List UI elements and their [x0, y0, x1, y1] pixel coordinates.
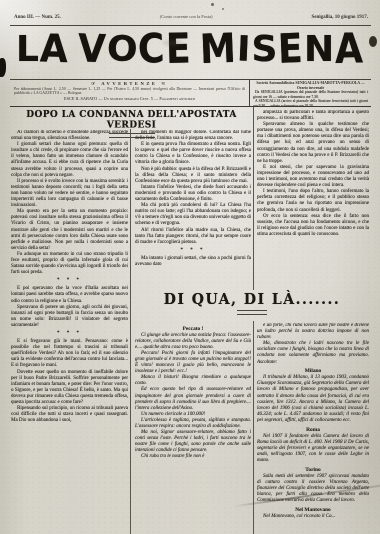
paragraph: Non è più dubbio: questa è la difesa del… — [135, 167, 251, 185]
paragraph: Fu adunque un momento in cui uno strano … — [11, 252, 128, 276]
column-1: Ai clamori di scherno e d'insolente alle… — [11, 130, 128, 534]
avvertenze-box: ☞ AVVERTENZE ☜ Per abbonamenti (Anno L. … — [10, 80, 250, 106]
paragraph: Ma questo era per la setta un momento pr… — [11, 209, 128, 252]
notice-row: ☞ AVVERTENZE ☜ Per abbonamenti (Anno L. … — [10, 79, 371, 107]
subheading: Roma — [257, 427, 369, 433]
ink-blob-left-edge — [0, 58, 6, 77]
paragraph: Ma intanto i giornali settari, che sino … — [135, 256, 251, 268]
postal-note: (Conto corrente con la Posta) — [160, 14, 213, 19]
masthead-letter: E — [277, 23, 305, 77]
paragraph: Intanto l'infelice Verdesi, che diede fu… — [135, 185, 251, 203]
paragraph: Il tribunale di Milano, il 13 agosto 190… — [257, 375, 369, 424]
paragraph: I testimoni, l'uno dopo l'altro, hanno c… — [257, 189, 369, 213]
paragraph: Ma noi, Signor assessore-relatore, abbia… — [135, 430, 251, 454]
societa-schedule: Da SENIGALLIA (partenza dal piazzale del… — [253, 90, 368, 106]
newspaper-page: Anno III. — Num. 25. (Conto corrente con… — [0, 0, 380, 534]
paragraph: Ah! ritorni l'infelice alla madre sua, l… — [135, 228, 251, 246]
masthead-letter: M — [199, 22, 238, 76]
paragraph: L'articolessa è tagliata, pesata, sigill… — [135, 418, 251, 430]
paragraph: Chi ruba tra le nostre file non è — [135, 454, 251, 460]
paragraph: Ma chi potrà più condolersi di lui? La C… — [135, 203, 251, 227]
paragraph: Ci giunge alle orecchie una notizia fres… — [135, 333, 251, 351]
paragraph: E si fregavano già le mani. Pensavano: c… — [11, 339, 128, 369]
paragraph: I giornali settari che hanno ogni premur… — [11, 142, 128, 179]
dateline-row: Anno III. — Num. 25. (Conto corrente con… — [14, 14, 368, 20]
paragraph: Manca il bisturi! Bisogna rimediare a qu… — [135, 375, 251, 387]
masthead-letter: S — [252, 26, 279, 73]
column-3-upper: ampiezza di particolari e tanta importan… — [257, 110, 369, 290]
masthead-letter: A — [39, 24, 69, 75]
section-flourish — [237, 310, 267, 315]
masthead-letter: N — [304, 26, 335, 73]
avvertenze-body: Per abbonamenti (Anno L. 2,50 — Semestre… — [14, 87, 245, 96]
paragraph: Ai clamori di scherno e d'insolente alle… — [11, 130, 128, 142]
paragraph: Ed ecco questo bel tipo di assessore-rel… — [135, 387, 251, 411]
paragraph: * * * — [11, 278, 128, 284]
issue-number: Anno III. — Num. 25. — [14, 15, 61, 20]
ink-speck — [222, 8, 224, 10]
societa-title: Società Automobilistica SENIGALLIA-MAROT… — [253, 81, 368, 90]
paragraph: Da SENIGALLIA (partenza dal piazzale del… — [253, 90, 368, 99]
paragraph: E in questa prova l'ha dimostrato a dife… — [135, 142, 251, 166]
paragraph: Ripensando sul principio, un ricorso ai … — [11, 406, 128, 424]
column-2-upper: nei momenti di maggior dolore. Confortat… — [135, 130, 251, 290]
paragraph: Nel Mantovano, col ricavato il Ca... — [257, 514, 369, 520]
ink-speck — [211, 3, 214, 6]
paragraph: nei momenti di maggior dolore. Confortat… — [135, 130, 251, 142]
section-headline: DI QUA, DI LÀ....... — [135, 291, 369, 315]
paragraph: * * * — [11, 331, 128, 337]
paragraph: Speravamo almeno in qualche testimone ch… — [257, 122, 369, 165]
avvertenze-footer: ESCE IL SABATO — Un numero separato Cent… — [14, 96, 245, 102]
paragraph: Or ecco la sentenza: essa dice che il fa… — [257, 214, 369, 238]
masthead-letter: C — [137, 23, 166, 77]
column-rule-1 — [130, 129, 131, 534]
paragraph: E noi stessi, che pur sapevamo la gravis… — [257, 165, 369, 189]
paragraph: Nel 1907 il fondatore della Camera del l… — [257, 434, 369, 464]
masthead-letter: V — [77, 24, 107, 75]
article-headline-text: DOPO LA CONDANNA DELL'APOSTATA VERDESI — [10, 109, 253, 131]
paragraph: A SENIGALLIA (arrivo al piazzale della S… — [253, 99, 368, 106]
masthead-letter: E — [165, 22, 192, 77]
paragraph: Speravano di potere un giorno, agli occh… — [11, 305, 128, 329]
paragraph: E poi speravano che la voce d'Italia asc… — [11, 286, 128, 304]
paragraph: ampiezza di particolari e tanta importan… — [257, 110, 369, 122]
column-2-lower: Peccato !Ci giunge alle orecchie una not… — [135, 323, 251, 534]
section-headline-text: DI QUA, DI LÀ....... — [164, 292, 341, 309]
paragraph: Peccato! Pochi giorni fa infatti l'impag… — [135, 351, 251, 375]
subheading: Nel Mantovano — [257, 507, 369, 513]
column-rule-2-upper — [253, 107, 254, 290]
masthead-letter: O — [106, 26, 139, 73]
paragraph: * * * — [135, 248, 251, 254]
masthead-letter: I — [236, 26, 252, 72]
subheading: Milano — [257, 368, 369, 374]
masthead-letter: A — [335, 22, 365, 77]
paper-smudge — [160, 38, 186, 48]
ink-blob-right-edge — [369, 36, 377, 47]
masthead-letter: L — [16, 26, 40, 73]
societa-box: Società Automobilistica SENIGALLIA-MAROT… — [250, 80, 371, 106]
subheading: Peccato ! — [135, 326, 251, 332]
paragraph: Ma, dimostrato che i ladri nascono tra l… — [257, 341, 369, 365]
masthead-title: LA VOCE MISENA — [0, 26, 380, 73]
subheading: Torino — [257, 467, 369, 473]
paragraph: Il processo si è svolto invece con la ma… — [11, 179, 128, 209]
dateline: Senigallia, 10 giugno 1917. — [311, 15, 368, 20]
paragraph: Dovette esser quello un momento di ineff… — [11, 370, 128, 407]
column-3-lower: è un forte, chi ruba lavora sulle file n… — [257, 323, 369, 534]
paragraph: è un forte, chi ruba lavora sulle file n… — [257, 323, 369, 341]
